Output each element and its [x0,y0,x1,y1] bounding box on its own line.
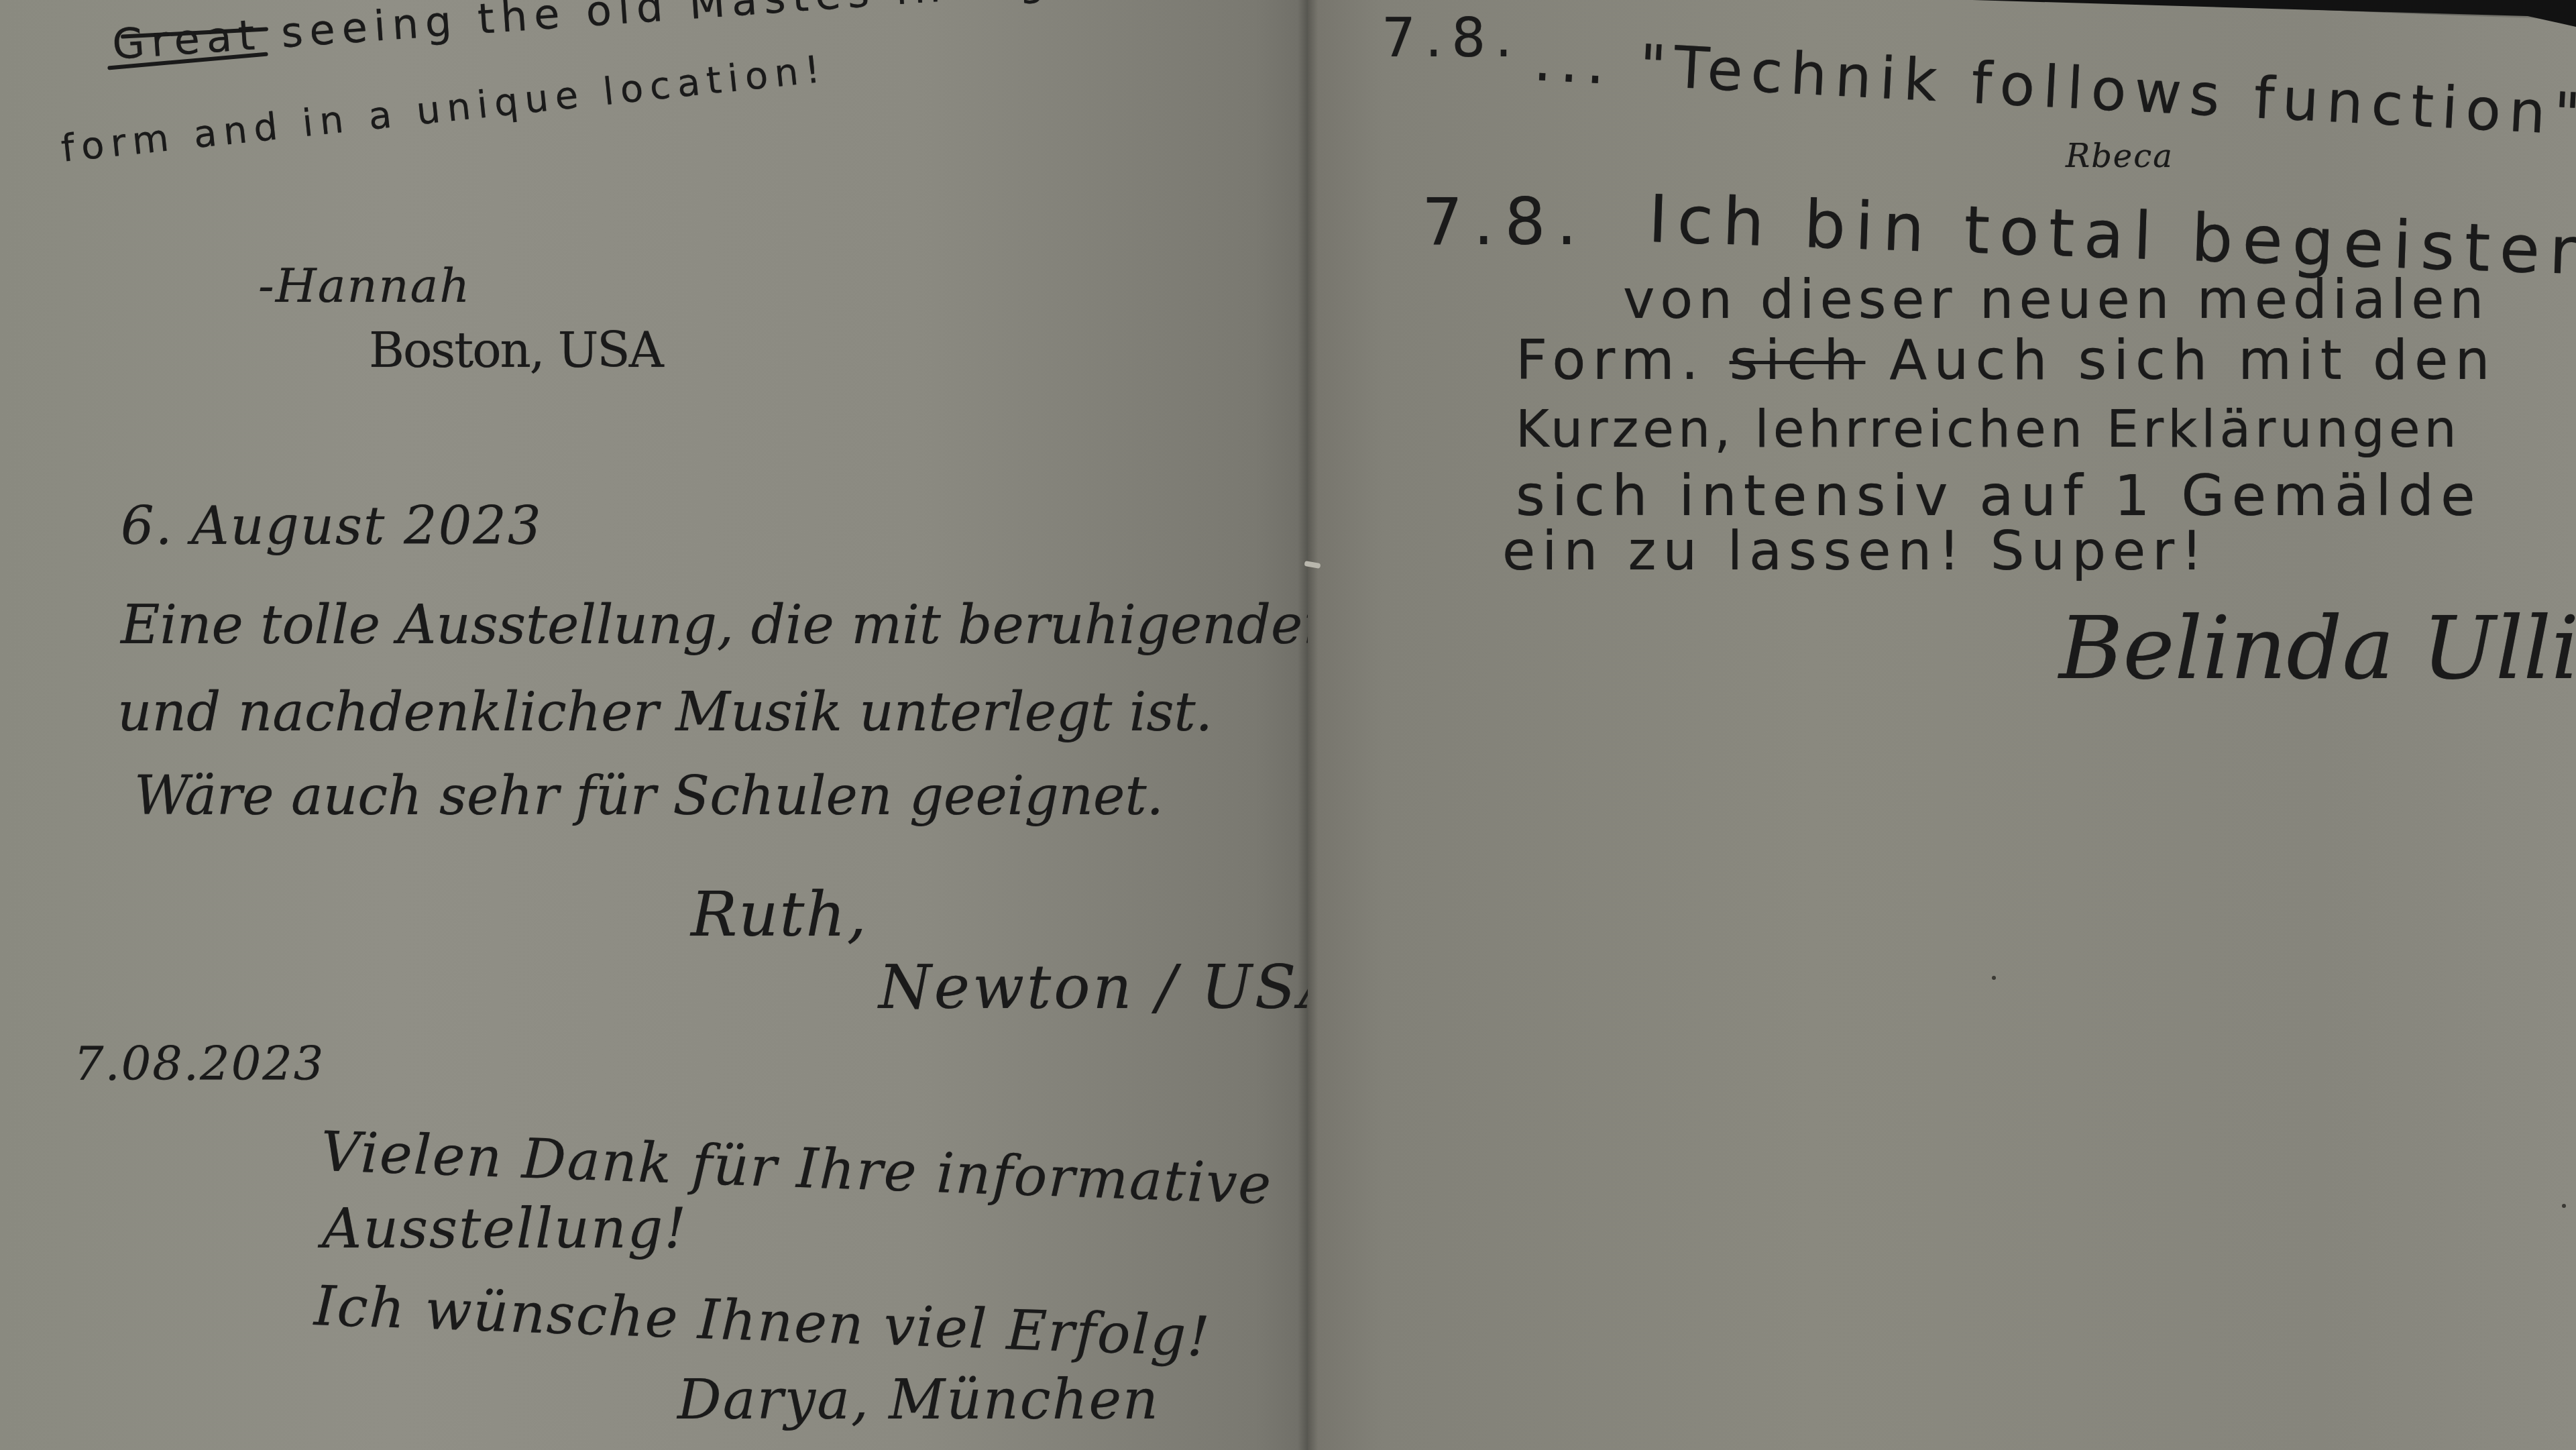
entry-darya-signature: Darya, München [677,1368,1160,1432]
entry-ruth-signature: Ruth, [691,879,868,950]
entry-begeistert-signature: Belinda Ullie [2059,597,2576,699]
entry-ruth-line-2: und nachdenklicher Musik unterlegt ist. [117,681,1213,743]
guestbook-spread: Great seeing the old Mastes in digital f… [0,0,2576,1450]
left-page: Great seeing the old Mastes in digital f… [0,0,1308,1450]
entry-begeistert-date: 7.8. [1422,184,1587,260]
right-page: 7.8. ... "Technik follows function" Rbec… [1308,0,2576,1450]
entry-ruth-line-3: Wäre auch sehr für Schulen geeignet. [134,765,1164,827]
entry-darya-line-2: Ausstellung! [322,1197,687,1261]
entry-darya-line-3: Ich wünsche Ihnen viel Erfolg! [313,1274,1212,1370]
entry-begeistert-line-4: Kurzen, lehrreichen Erklärungen [1516,399,2461,459]
entry-hannah-line-1: Great seeing the old Mastes in digital [111,0,1144,69]
paper-speck [1992,976,1996,980]
struck-word: sich [1730,329,1866,392]
entry-hannah-signature: -Hannah [258,258,471,313]
entry-begeistert-line-5: sich intensiv auf 1 Gemälde [1516,463,2482,528]
entry-hannah-location: Boston, USA [369,322,663,378]
entry-ruth-location: Newton / USA [879,952,1345,1023]
entry-begeistert-line-2: von dieser neuen medialen [1623,268,2489,331]
entry-begeistert-line-3: Form. sich Auch sich mit den [1516,329,2497,392]
entry-begeistert-line-6: ein zu lassen! Super! [1502,520,2209,582]
book-gutter [1298,0,1318,1450]
entry-ruth-line-1: Eine tolle Ausstellung, die mit beruhige… [121,594,1329,656]
paper-speck [2562,1204,2566,1208]
entry-ruth-date: 6. August 2023 [121,496,543,557]
entry-technik-signature: Rbeca [2066,137,2174,175]
entry-technik-text: ... "Technik follows function" [1532,27,2576,149]
entry-technik-date: 7.8. [1382,7,1522,69]
entry-hannah-line-2: form and in a unique location! [59,47,828,171]
entry-darya-date: 7.08.2023 [74,1036,325,1091]
